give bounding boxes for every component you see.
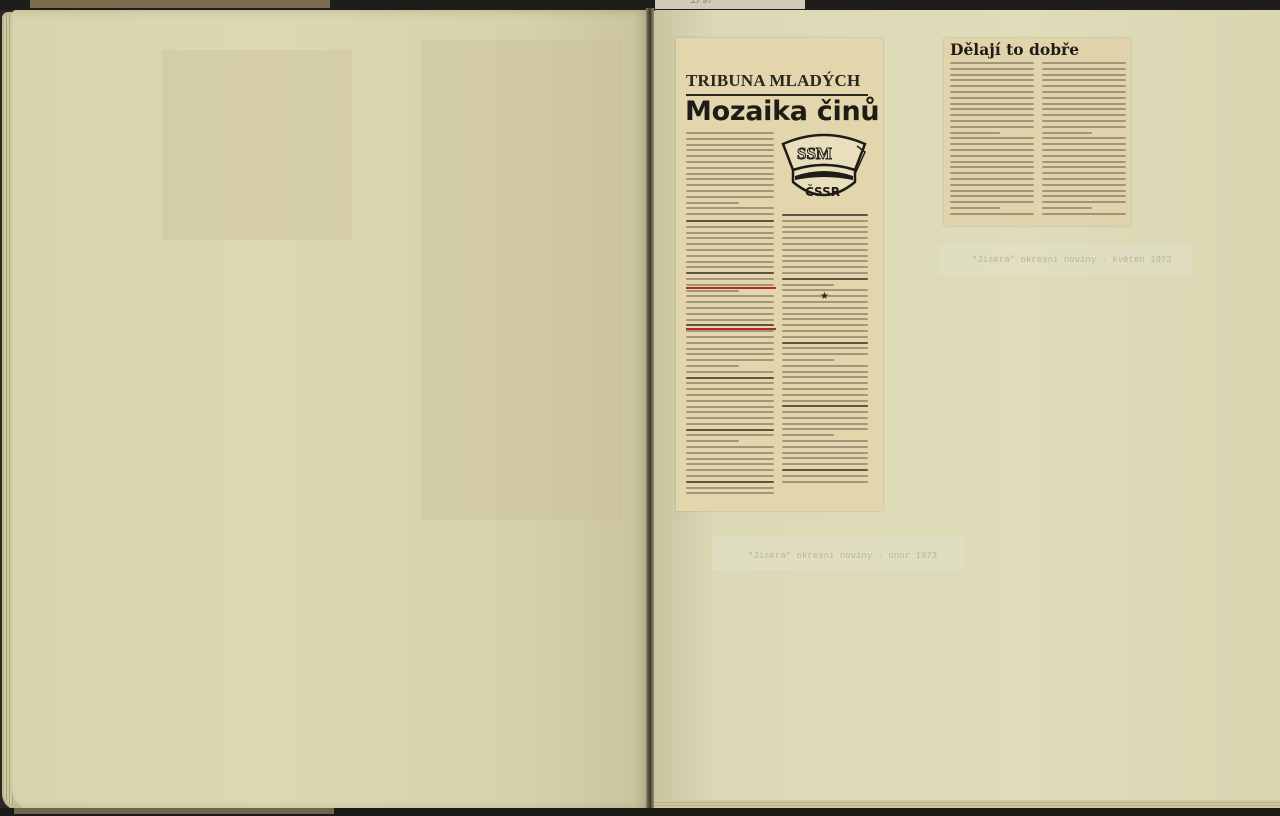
page-tab-label: 1/9/ xyxy=(690,0,714,7)
svg-text:SSM: SSM xyxy=(797,144,832,163)
section-title: TRIBUNA MLADÝCH xyxy=(686,71,860,91)
top-binding-strip: 1/9/ xyxy=(0,0,1280,10)
left-page xyxy=(12,10,648,810)
article-column xyxy=(686,132,774,219)
clipping-headline: Dělají to dobře xyxy=(950,40,1079,59)
svg-text:ČSSR: ČSSR xyxy=(805,184,840,199)
article-column xyxy=(686,220,774,498)
caption-text: "Jiskra" okresní noviny - květen 1973 xyxy=(972,255,1172,265)
ghost-imprint xyxy=(162,50,352,240)
newspaper-clipping-delaji: Dělají to dobře xyxy=(944,38,1131,226)
article-column xyxy=(950,62,1034,219)
red-underline xyxy=(686,287,776,289)
right-page-edge xyxy=(654,800,1280,808)
ghost-imprint xyxy=(422,40,622,520)
article-column xyxy=(782,214,868,486)
red-underline xyxy=(686,328,776,330)
star-icon: ★ xyxy=(820,291,829,302)
book-spine xyxy=(646,8,654,814)
ssm-badge-icon: SSM ČSSR xyxy=(779,130,869,208)
article-column xyxy=(1042,62,1126,219)
bottom-binding-strip xyxy=(0,808,1280,816)
caption-text: "Jiskra" okresní noviny - únor 1973 xyxy=(748,551,937,561)
newspaper-clipping-mozaika: TRIBUNA MLADÝCH Mozaika činů ★ SSM ČSSR xyxy=(676,38,883,511)
clipping-headline: Mozaika činů xyxy=(685,96,879,127)
